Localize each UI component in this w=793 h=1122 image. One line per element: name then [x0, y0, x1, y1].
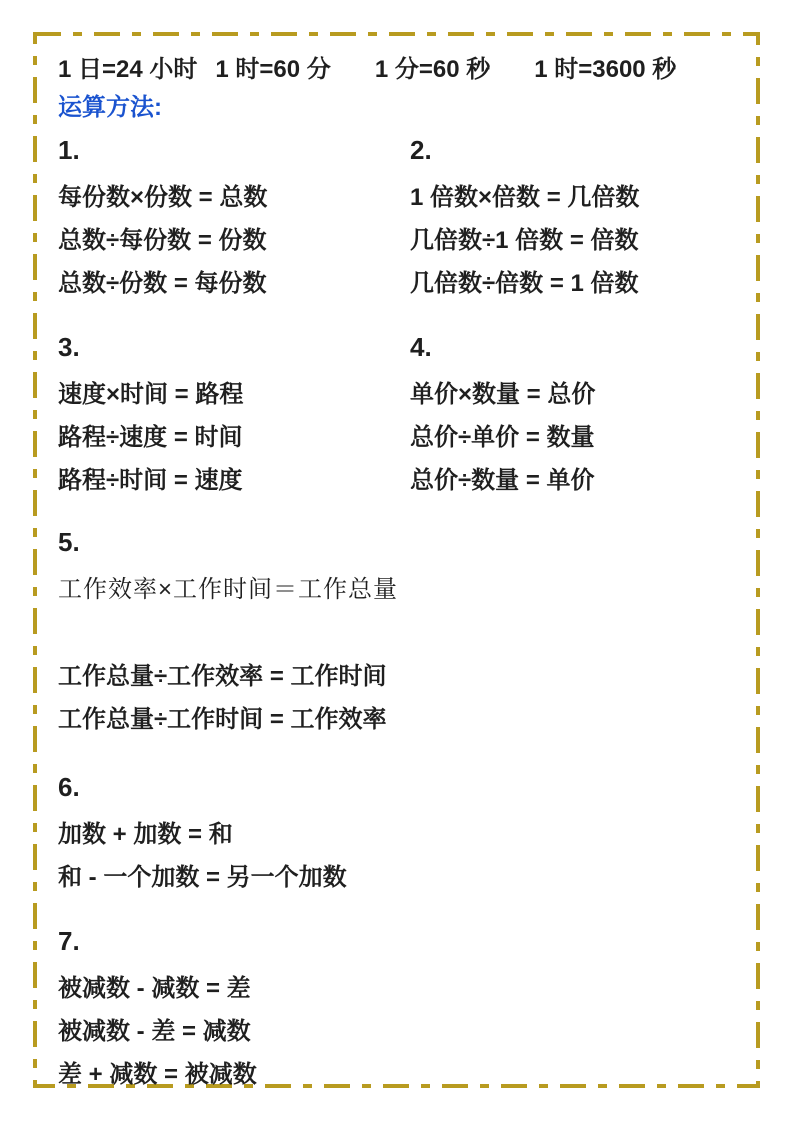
- formula: 差 + 减数 = 被减数: [58, 1053, 718, 1096]
- time-conversion-hour-sec: 1 时=3600 秒: [534, 49, 676, 84]
- section-6: 6. 加数 + 加数 = 和 和 - 一个加数 = 另一个加数: [58, 765, 718, 899]
- math-formulas-sheet: 1 日=24 小时 1 时=60 分 1 分=60 秒 1 时=3600 秒 运…: [0, 0, 793, 1122]
- section-1-number: 1.: [58, 128, 410, 172]
- time-conversion-hour-min: 1 时=60 分: [215, 49, 330, 84]
- section-5-number: 5.: [58, 520, 718, 564]
- formula: 单价×数量 = 总价: [410, 373, 718, 416]
- section-1-formulas: 每份数×份数 = 总数 总数÷每份数 = 份数 总数÷份数 = 每份数: [58, 172, 410, 305]
- formula: 总价÷单价 = 数量: [410, 416, 718, 459]
- section-3: 3. 速度×时间 = 路程 路程÷速度 = 时间 路程÷时间 = 速度: [58, 325, 410, 502]
- sections-row-1-2: 1. 每份数×份数 = 总数 总数÷每份数 = 份数 总数÷份数 = 每份数 2…: [58, 128, 718, 305]
- formula: 总数÷每份数 = 份数: [58, 219, 410, 262]
- formula: 被减数 - 差 = 减数: [58, 1010, 718, 1053]
- formula: 1 倍数×倍数 = 几倍数: [410, 176, 718, 219]
- formula: 被减数 - 减数 = 差: [58, 967, 718, 1010]
- section-3-number: 3.: [58, 325, 410, 369]
- section-6-formulas: 加数 + 加数 = 和 和 - 一个加数 = 另一个加数: [58, 809, 718, 899]
- formula: 加数 + 加数 = 和: [58, 813, 718, 856]
- time-conversion-min-sec: 1 分=60 秒: [375, 49, 490, 84]
- formula: 总数÷份数 = 每份数: [58, 262, 410, 305]
- time-conversion-line: 1 日=24 小时 1 时=60 分 1 分=60 秒 1 时=3600 秒: [58, 44, 718, 88]
- formula: 几倍数÷倍数 = 1 倍数: [410, 262, 718, 305]
- time-conversion-day: 1 日=24 小时: [58, 49, 197, 84]
- formula: 工作总量÷工作效率 = 工作时间: [58, 655, 718, 698]
- formula: 和 - 一个加数 = 另一个加数: [58, 856, 718, 899]
- section-1: 1. 每份数×份数 = 总数 总数÷每份数 = 份数 总数÷份数 = 每份数: [58, 128, 410, 305]
- formula: 总价÷数量 = 单价: [410, 459, 718, 502]
- section-6-number: 6.: [58, 765, 718, 809]
- section-7-formulas: 被减数 - 减数 = 差 被减数 - 差 = 减数 差 + 减数 = 被减数: [58, 963, 718, 1096]
- section-4-number: 4.: [410, 325, 718, 369]
- section-5: 5. 工作效率×工作时间＝工作总量 工作总量÷工作效率 = 工作时间 工作总量÷…: [58, 520, 718, 741]
- section-4: 4. 单价×数量 = 总价 总价÷单价 = 数量 总价÷数量 = 单价: [410, 325, 718, 502]
- section-3-formulas: 速度×时间 = 路程 路程÷速度 = 时间 路程÷时间 = 速度: [58, 369, 410, 502]
- section-2-number: 2.: [410, 128, 718, 172]
- formula: 工作效率×工作时间＝工作总量: [58, 568, 718, 611]
- methods-heading: 运算方法:: [58, 88, 718, 128]
- formula: 路程÷速度 = 时间: [58, 416, 410, 459]
- section-2: 2. 1 倍数×倍数 = 几倍数 几倍数÷1 倍数 = 倍数 几倍数÷倍数 = …: [410, 128, 718, 305]
- section-2-formulas: 1 倍数×倍数 = 几倍数 几倍数÷1 倍数 = 倍数 几倍数÷倍数 = 1 倍…: [410, 172, 718, 305]
- formula: 工作总量÷工作时间 = 工作效率: [58, 698, 718, 741]
- section-4-formulas: 单价×数量 = 总价 总价÷单价 = 数量 总价÷数量 = 单价: [410, 369, 718, 502]
- section-7-number: 7.: [58, 919, 718, 963]
- sections-row-3-4: 3. 速度×时间 = 路程 路程÷速度 = 时间 路程÷时间 = 速度 4. 单…: [58, 325, 718, 502]
- formula: 速度×时间 = 路程: [58, 373, 410, 416]
- section-7: 7. 被减数 - 减数 = 差 被减数 - 差 = 减数 差 + 减数 = 被减…: [58, 919, 718, 1096]
- section-5-formulas: 工作效率×工作时间＝工作总量 工作总量÷工作效率 = 工作时间 工作总量÷工作时…: [58, 564, 718, 741]
- formula: 几倍数÷1 倍数 = 倍数: [410, 219, 718, 262]
- formula: 每份数×份数 = 总数: [58, 176, 410, 219]
- formula: 路程÷时间 = 速度: [58, 459, 410, 502]
- sheet-content: 1 日=24 小时 1 时=60 分 1 分=60 秒 1 时=3600 秒 运…: [58, 44, 718, 1096]
